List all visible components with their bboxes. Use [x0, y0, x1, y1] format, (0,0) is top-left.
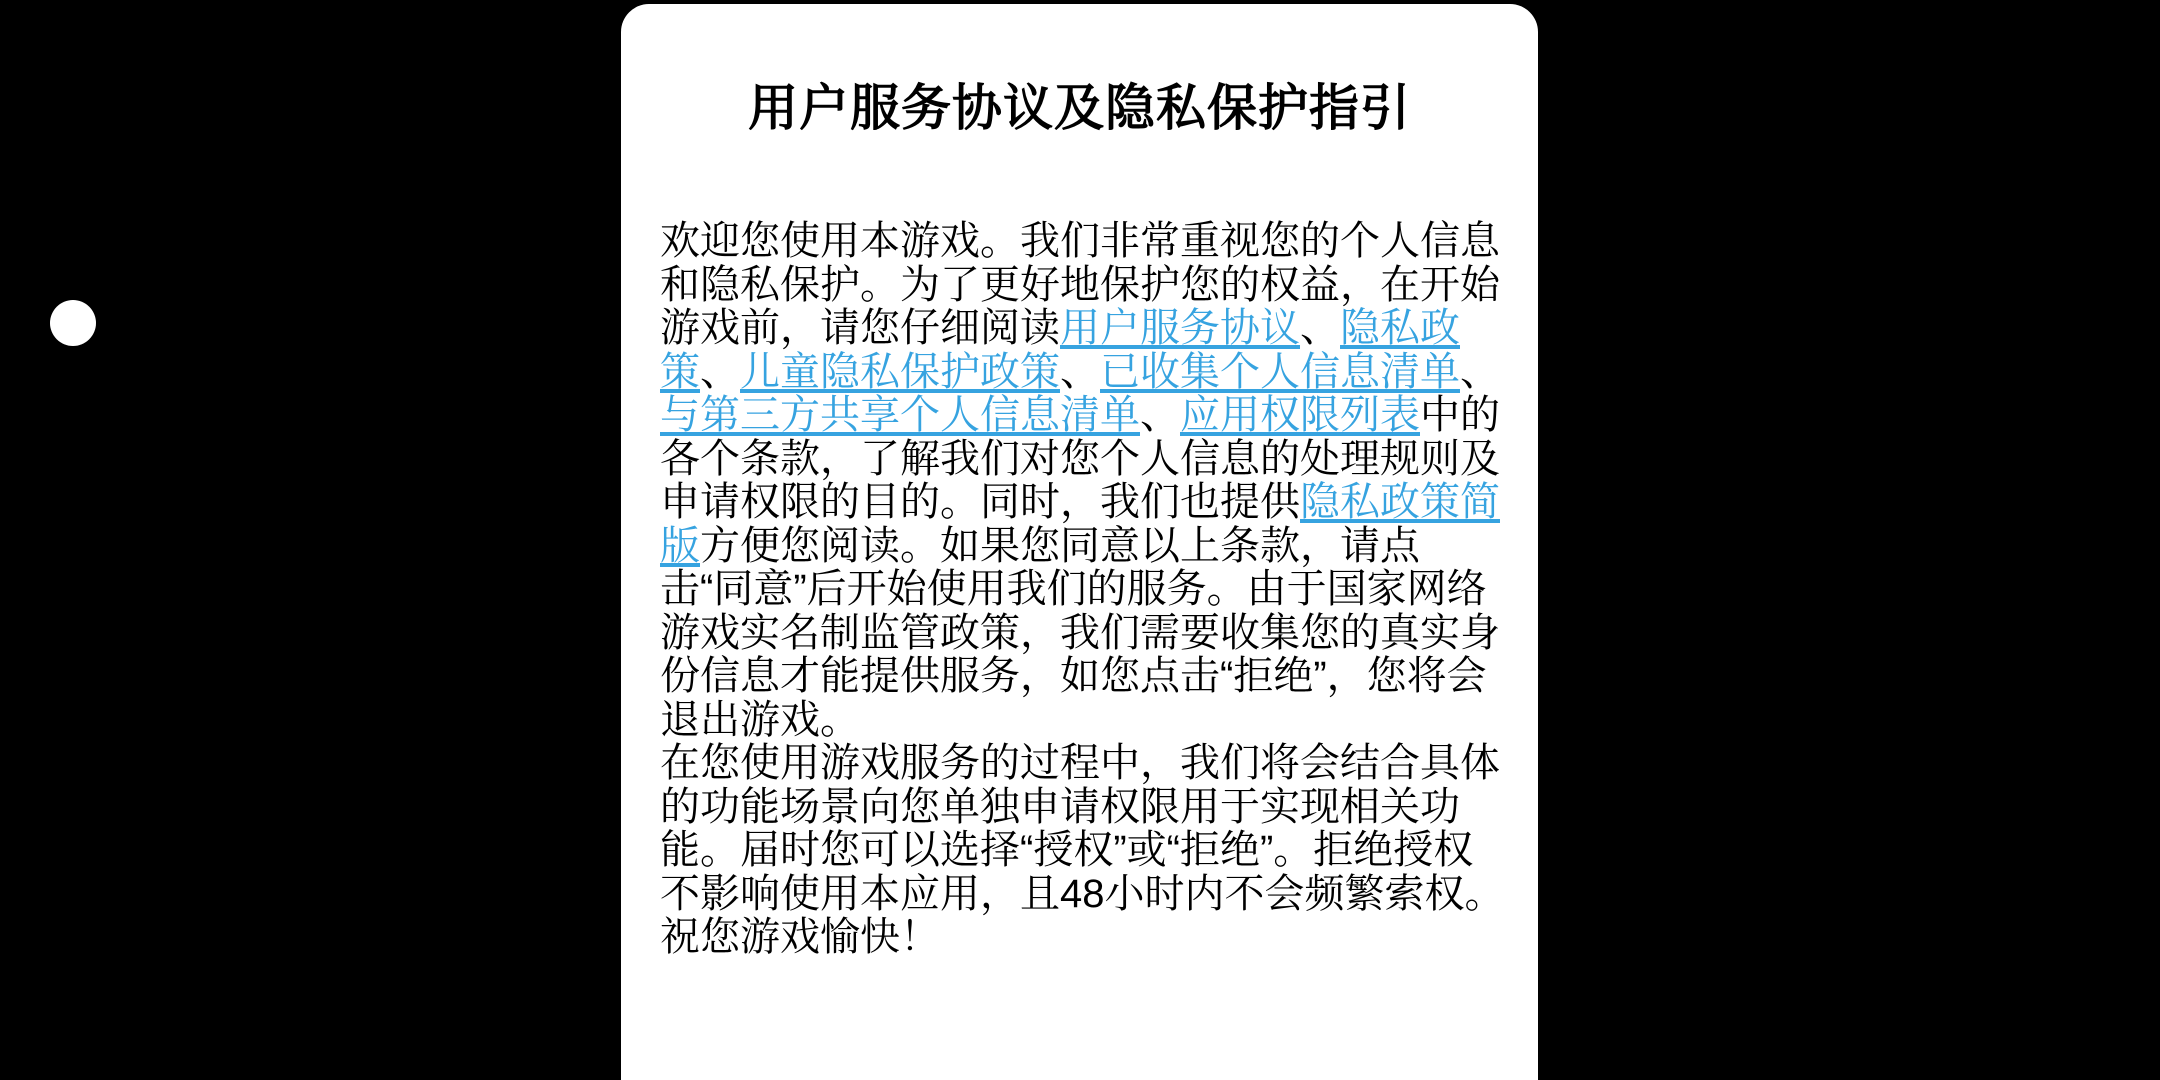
paragraph-text: 在您使用游戏服务的过程中，我们将会结合具体的功能场景向您单独申请权限用于实现相关…	[660, 741, 1505, 916]
agreement-scroll-area[interactable]: 欢迎您使用本游戏。我们非常重视您的个人信息和隐私保护。为了更好地保护您的权益，在…	[660, 220, 1510, 960]
dialog-title: 用户服务协议及隐私保护指引	[621, 4, 1538, 136]
paragraph-text: 祝您游戏愉快！	[660, 915, 940, 959]
paragraph-text: 、	[1300, 306, 1340, 350]
link-user-service-agreement[interactable]: 用户服务协议	[1060, 306, 1300, 350]
link-app-permission-list[interactable]: 应用权限列表	[1180, 393, 1420, 437]
paragraph-text: 、	[700, 350, 740, 394]
paragraph-text: 、	[1140, 393, 1180, 437]
paragraph-text: 方便您阅读。如果您同意以上条款，请点击“同意”后开始使用我们的服务。由于国家网络…	[660, 524, 1500, 742]
game-screen: 用户服务协议及隐私保护指引 欢迎您使用本游戏。我们非常重视您的个人信息和隐私保护…	[0, 0, 2160, 1080]
dialog-paragraph: 在您使用游戏服务的过程中，我们将会结合具体的功能场景向您单独申请权限用于实现相关…	[660, 742, 1510, 916]
link-children-privacy-policy[interactable]: 儿童隐私保护政策	[740, 350, 1060, 394]
dialog-paragraph: 祝您游戏愉快！	[660, 916, 1510, 960]
link-collected-personal-info-list[interactable]: 已收集个人信息清单	[1100, 350, 1460, 394]
paragraph-text: 、	[1460, 350, 1500, 394]
link-third-party-shared-info-list[interactable]: 与第三方共享个人信息清单	[660, 393, 1140, 437]
floating-ball-button[interactable]	[50, 300, 96, 346]
dialog-paragraph: 欢迎您使用本游戏。我们非常重视您的个人信息和隐私保护。为了更好地保护您的权益，在…	[660, 220, 1510, 742]
paragraph-text: 、	[1060, 350, 1100, 394]
privacy-agreement-dialog: 用户服务协议及隐私保护指引 欢迎您使用本游戏。我们非常重视您的个人信息和隐私保护…	[621, 4, 1538, 1080]
